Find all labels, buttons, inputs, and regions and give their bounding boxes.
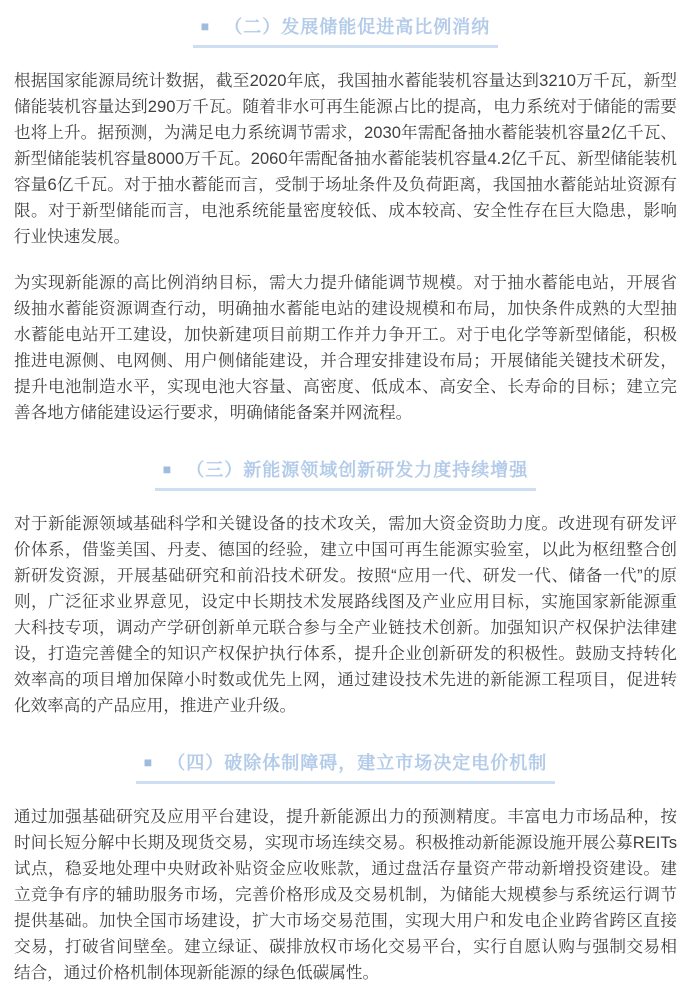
section-title: （三）新能源领域创新研发力度持续增强 xyxy=(186,460,528,480)
heading-underline-wrap: ■ （三）新能源领域创新研发力度持续增强 xyxy=(155,456,536,491)
section-innovation-rd: ■ （三）新能源领域创新研发力度持续增强 对于新能源领域基础科学和关键设备的技术… xyxy=(14,456,677,719)
section-heading: ■ （二）发展储能促进高比例消纳 xyxy=(14,13,677,48)
section-heading: ■ （四）破除体制障碍，建立市场决定电价机制 xyxy=(14,749,677,784)
square-bullet-icon: ■ xyxy=(144,754,152,770)
heading-underline-wrap: ■ （四）破除体制障碍，建立市场决定电价机制 xyxy=(136,749,555,784)
section-title: （四）破除体制障碍，建立市场决定电价机制 xyxy=(167,753,547,773)
paragraph: 根据国家能源局统计数据，截至2020年底，我国抽水蓄能装机容量达到3210万千瓦… xyxy=(14,68,677,250)
paragraph: 为实现新能源的高比例消纳目标，需大力提升储能调节规模。对于抽水蓄能电站，开展省级… xyxy=(14,270,677,426)
section-title: （二）发展储能促进高比例消纳 xyxy=(224,17,490,37)
paragraph: 对于新能源领域基础科学和关键设备的技术攻关，需加大资金资助力度。改进现有研发评价… xyxy=(14,511,677,719)
section-market-price-mechanism: ■ （四）破除体制障碍，建立市场决定电价机制 通过加强基础研究及应用平台建设，提… xyxy=(14,749,677,986)
square-bullet-icon: ■ xyxy=(201,18,209,34)
heading-underline-wrap: ■ （二）发展储能促进高比例消纳 xyxy=(193,13,498,48)
section-heading: ■ （三）新能源领域创新研发力度持续增强 xyxy=(14,456,677,491)
article: ■ （二）发展储能促进高比例消纳 根据国家能源局统计数据，截至2020年底，我国… xyxy=(14,13,677,986)
paragraph: 通过加强基础研究及应用平台建设，提升新能源出力的预测精度。丰富电力市场品种，按时… xyxy=(14,804,677,986)
section-storage-consumption: ■ （二）发展储能促进高比例消纳 根据国家能源局统计数据，截至2020年底，我国… xyxy=(14,13,677,426)
square-bullet-icon: ■ xyxy=(163,461,171,477)
